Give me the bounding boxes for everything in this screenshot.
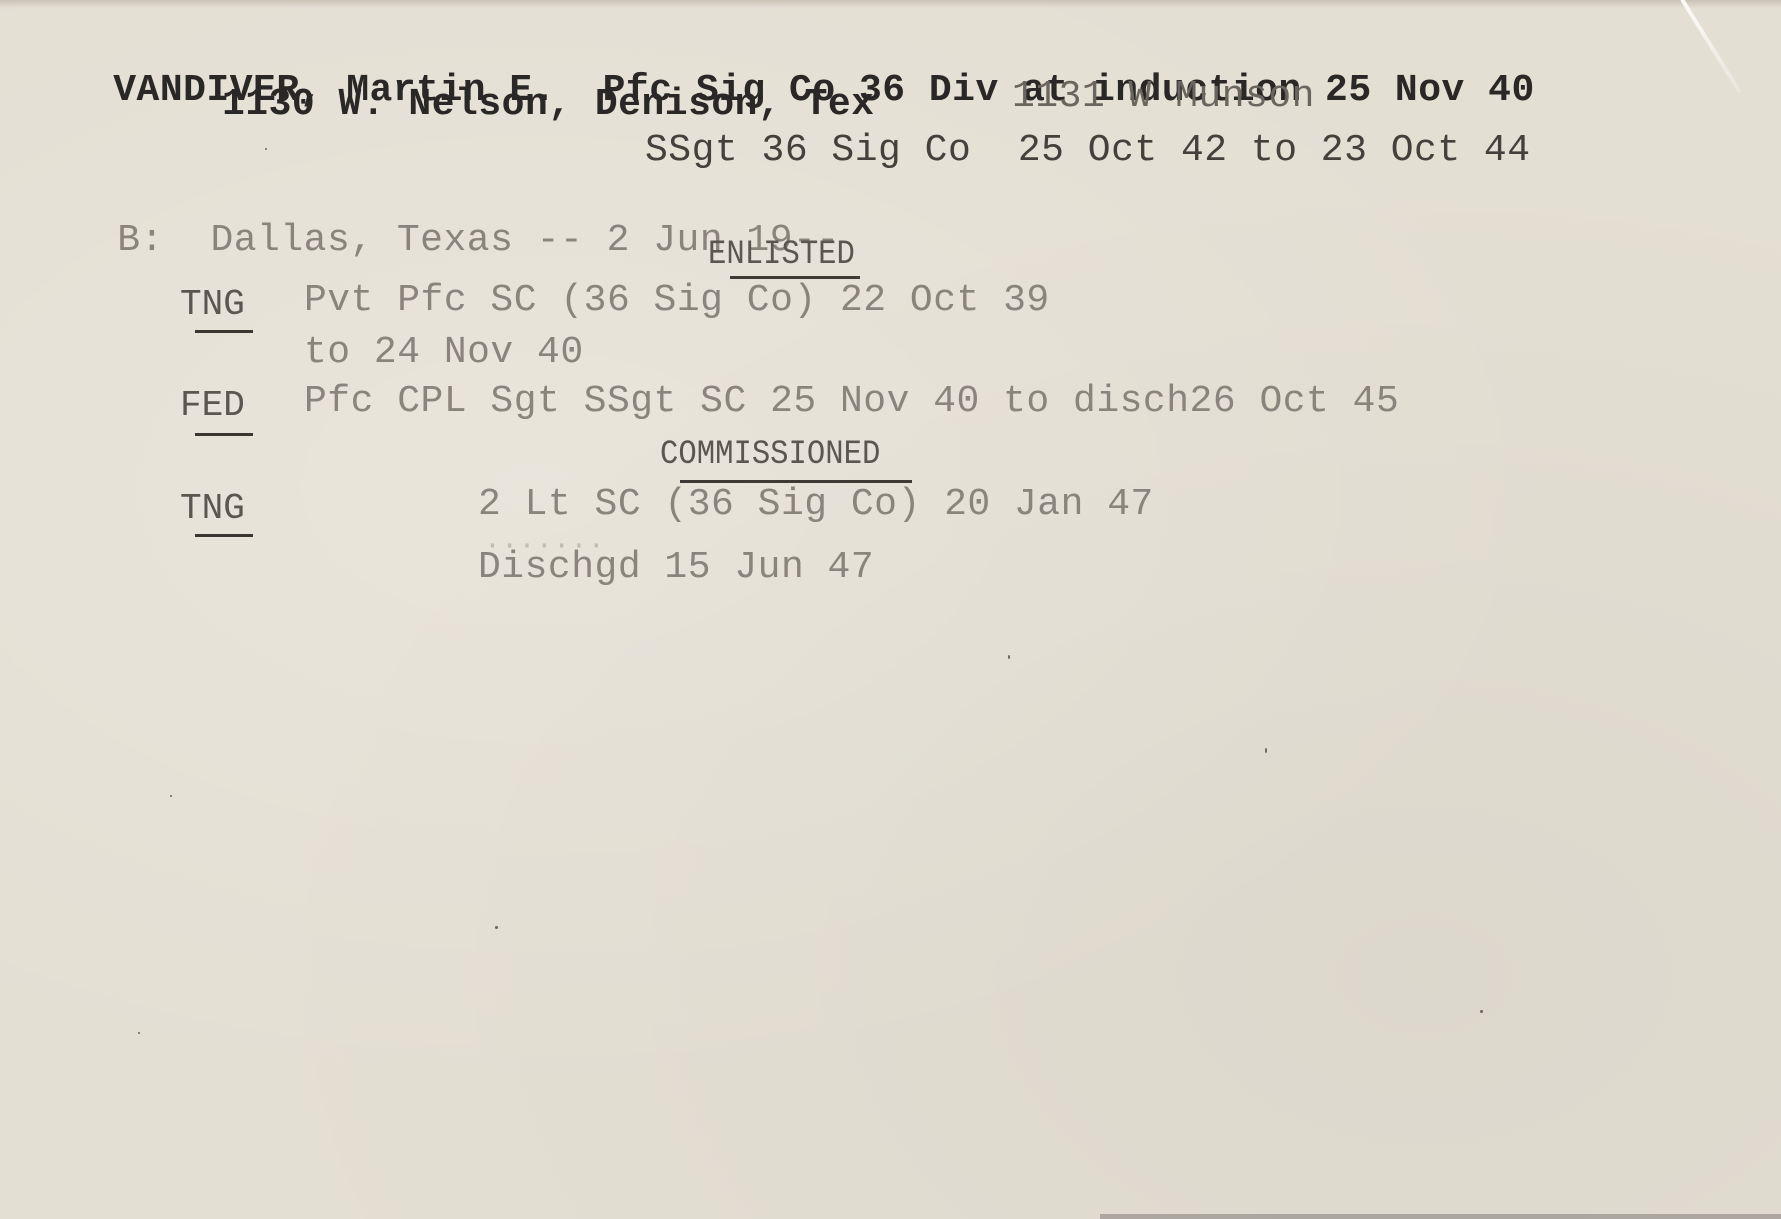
paper-speck — [170, 795, 172, 797]
address-update: 1131 W Munson — [1012, 78, 1315, 116]
entry-label-tng: TNG — [180, 488, 245, 529]
entry-line: to 24 Nov 40 — [304, 334, 584, 372]
card-top-edge — [0, 0, 1781, 8]
entry-line: Pfc CPL Sgt SSgt SC 25 Nov 40 to disch26… — [304, 383, 1399, 421]
entry-label-underline — [195, 330, 253, 333]
entry-line: Pvt Pfc SC (36 Sig Co) 22 Oct 39 — [304, 282, 1050, 320]
address-line: 1130 W. Nelson, Denison, Tex — [222, 86, 875, 124]
service-record-card: VANDIVER, Martin E. Pfc Sig Co 36 Div at… — [0, 0, 1781, 1219]
paper-crease — [1680, 0, 1742, 93]
entry-label-underline — [195, 433, 253, 436]
entry-label-fed: FED — [180, 385, 245, 426]
paper-speck — [1265, 748, 1267, 753]
entry-line: 2 Lt SC (36 Sig Co) 20 Jan 47 — [478, 486, 1154, 524]
section-heading-commissioned: COMMISSIONED — [660, 436, 880, 474]
service-note: SSgt 36 Sig Co 25 Oct 42 to 23 Oct 44 — [645, 132, 1531, 170]
section-heading-enlisted: ENLISTED — [708, 236, 855, 274]
paper-speck — [1008, 655, 1010, 659]
entry-label-tng: TNG — [180, 284, 245, 325]
paper-speck — [1480, 1010, 1483, 1013]
birth-prefix: B: — [117, 219, 164, 262]
paper-speck — [265, 148, 267, 150]
paper-speck — [495, 926, 498, 929]
entry-line: Dischgd 15 Jun 47 — [478, 549, 874, 587]
card-bottom-shadow — [1100, 1214, 1781, 1219]
entry-label-underline — [195, 534, 253, 537]
paper-speck — [138, 1032, 140, 1034]
